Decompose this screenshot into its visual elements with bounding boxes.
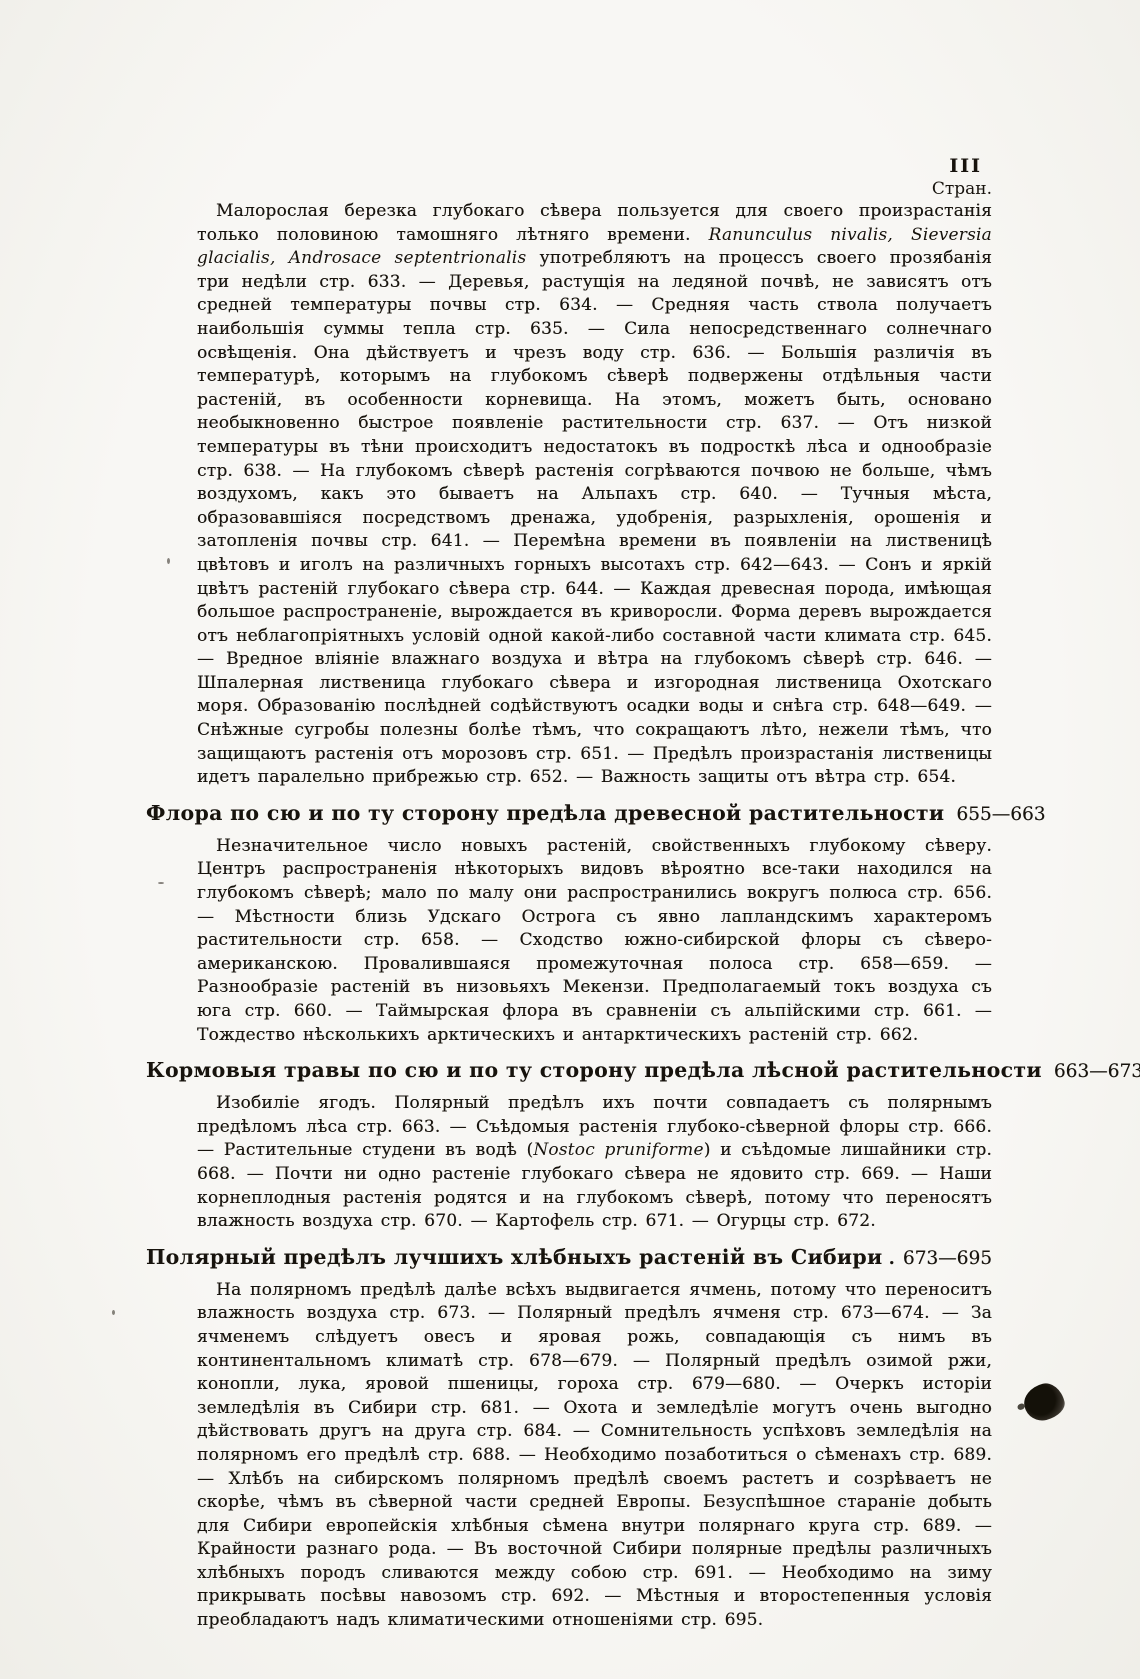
scanned-book-page: { "header": { "page_number": "III", "col… xyxy=(0,0,1140,1679)
table-of-contents: Малорослая березка глубокаго сѣвера поль… xyxy=(146,200,992,1633)
toc-summary-paragraph: На полярномъ предѣлѣ далѣе всѣхъ выдвига… xyxy=(197,1279,992,1633)
pages-column-header: Стран. xyxy=(932,179,992,200)
dot-leader xyxy=(889,1245,897,1267)
toc-heading-title: Флора по сю и по ту сторону предѣла древ… xyxy=(146,800,944,827)
scan-speck xyxy=(112,1310,115,1315)
toc-heading-page-range: 673—695 xyxy=(903,1245,992,1272)
toc-summary-paragraph: Незначительное число новыхъ растеній, св… xyxy=(197,835,992,1047)
scan-speck xyxy=(167,558,170,564)
toc-summary-paragraph: Малорослая березка глубокаго сѣвера поль… xyxy=(197,200,992,790)
toc-heading-flora: Флора по сю и по ту сторону предѣла древ… xyxy=(146,800,992,828)
ink-stain xyxy=(1020,1380,1068,1425)
toc-heading-polyarnyi-predel: Полярный предѣлъ лучшихъ хлѣбныхъ растен… xyxy=(146,1244,992,1272)
toc-heading-title: Полярный предѣлъ лучшихъ хлѣбныхъ растен… xyxy=(146,1244,883,1271)
toc-summary-paragraph: Изобиліе ягодъ. Полярный предѣлъ ихъ поч… xyxy=(197,1092,992,1234)
toc-heading-page-range: 655—663 xyxy=(956,801,1045,828)
toc-heading-kormovyya-travy: Кормовыя травы по сю и по ту сторону пре… xyxy=(146,1057,992,1085)
page-number: III xyxy=(932,155,982,179)
page-header: III Стран. xyxy=(932,155,992,200)
toc-heading-title: Кормовыя травы по сю и по ту сторону пре… xyxy=(146,1057,1042,1084)
latin-species-name: Nostoc pruniforme xyxy=(533,1140,703,1160)
scan-speck xyxy=(158,882,164,884)
toc-heading-page-range: 663—673 xyxy=(1054,1058,1140,1085)
